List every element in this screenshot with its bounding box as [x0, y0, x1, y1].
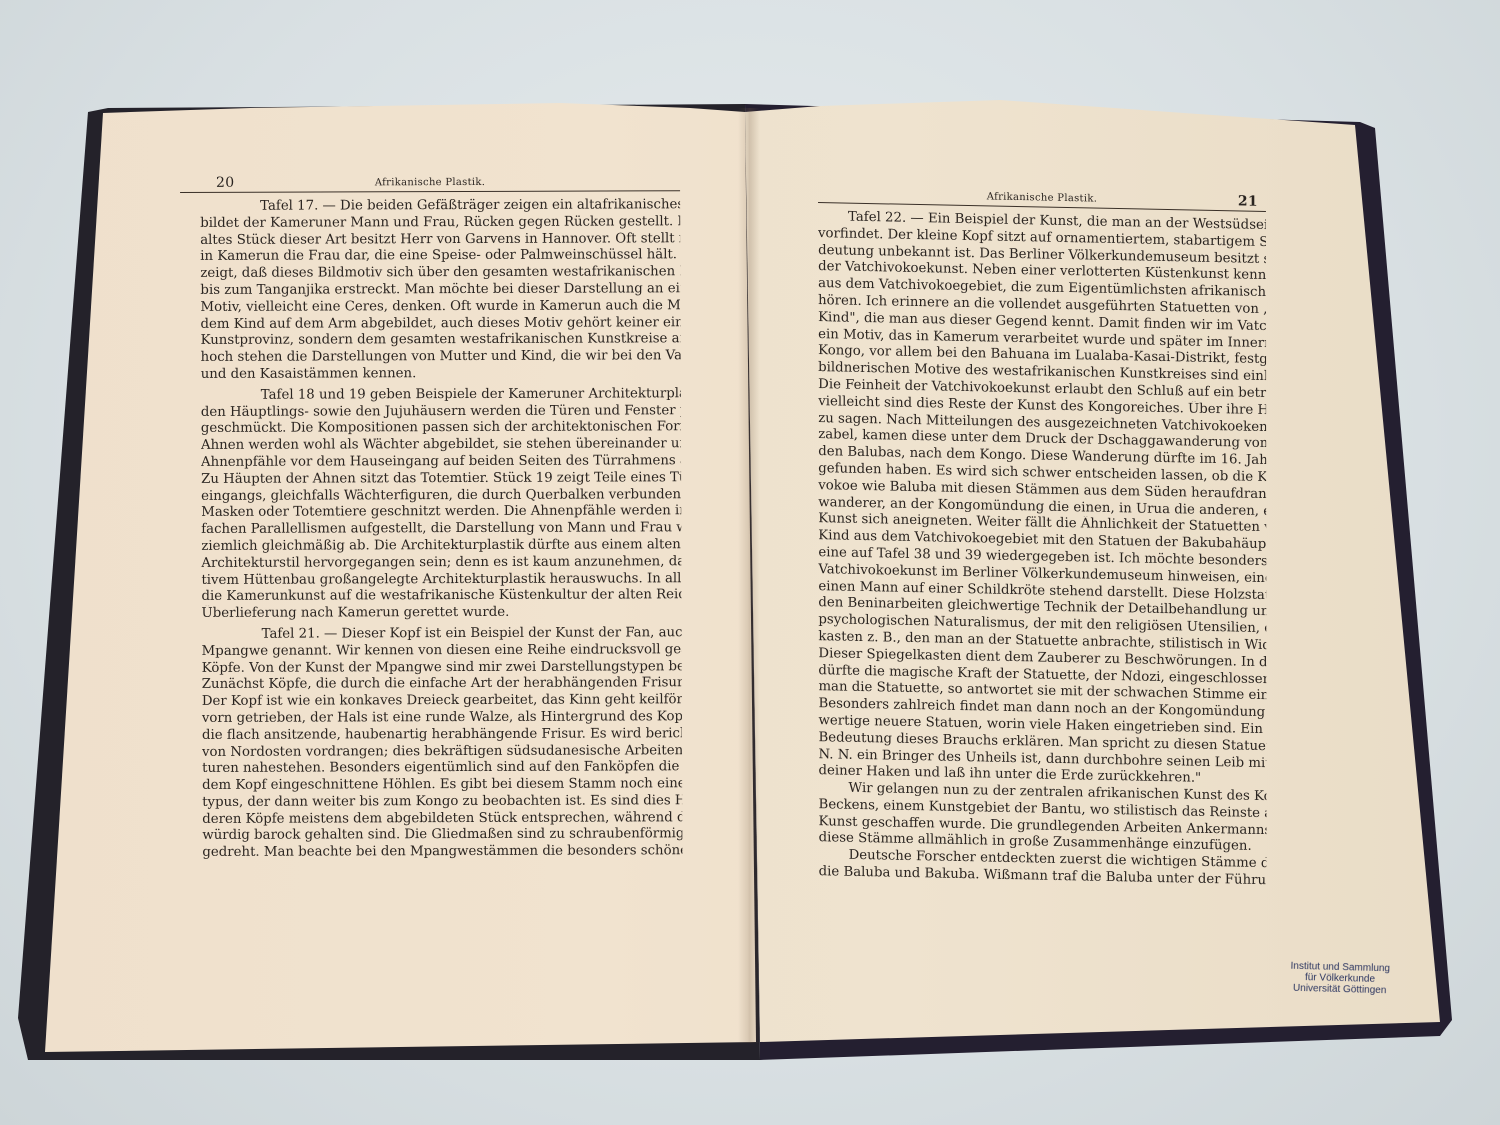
page-number-right: 21 [1238, 193, 1258, 209]
paragraph: Wir gelangen nun zu der zentralen afrika… [819, 780, 1267, 856]
text-line: vorn getrieben, der Hals ist eine runde … [202, 709, 682, 727]
text-line: bildet der Kameruner Mann und Frau, Rück… [200, 214, 680, 232]
text-line: Architekturstil hervorgegangen sein; den… [201, 554, 681, 572]
paragraph: Tafel 22. — Ein Beispiel der Kunst, die … [818, 209, 1266, 789]
left-page-text: 20 Afrikanische Plastik. Tafel 17. — Die… [180, 170, 682, 862]
text-line: die flach ansitzende, haubenartig herabh… [202, 726, 682, 744]
text-line: gedreht. Man beachte bei den Mpangwestäm… [202, 844, 682, 862]
text-line: Masken oder Totemtiere geschnitzt werden… [201, 504, 681, 522]
text-line: hoch stehen die Darstellungen von Mutter… [201, 348, 681, 366]
text-line: Tafel 21. — Dieser Kopf ist ein Beispiel… [202, 625, 682, 643]
left-page-body: Tafel 17. — Die beiden Gefäßträger zeige… [180, 197, 682, 862]
text-line: altes Stück dieser Art besitzt Herr von … [200, 231, 680, 249]
text-line: bis zum Tanganjika erstreckt. Man möchte… [200, 281, 680, 299]
text-line: und den Kasaistämmen kennen. [201, 365, 681, 383]
text-line: Tafel 17. — Die beiden Gefäßträger zeige… [200, 197, 680, 215]
text-line: fachen Parallellismen aufgestellt, die D… [201, 520, 681, 538]
text-line: Kunstprovinz, sondern dem gesamten westa… [201, 332, 681, 350]
text-line: geschmückt. Die Kompositionen passen sic… [201, 420, 681, 438]
left-running-head: 20 Afrikanische Plastik. [180, 170, 680, 193]
paragraph: Tafel 17. — Die beiden Gefäßträger zeige… [200, 197, 681, 383]
text-line: deren Köpfe meistens dem abgebildeten St… [202, 810, 682, 828]
text-line: typus, der dann weiter bis zum Kongo zu … [202, 793, 682, 811]
text-line: Köpfe. Von der Kunst der Mpangwe sind mi… [202, 659, 682, 677]
text-line: tivem Hüttenbau großangelegte Architektu… [201, 571, 681, 589]
photo-scene: 20 Afrikanische Plastik. Tafel 17. — Die… [0, 0, 1500, 1125]
right-page-body: Tafel 22. — Ein Beispiel der Kunst, die … [818, 209, 1266, 890]
text-line: Ahnen werden wohl als Wächter abgebildet… [201, 436, 681, 454]
paragraph: Tafel 18 und 19 geben Beispiele der Kame… [201, 386, 682, 623]
paragraph: Tafel 21. — Dieser Kopf ist ein Beispiel… [202, 625, 683, 862]
text-line: Mpangwe genannt. Wir kennen von diesen e… [202, 642, 682, 660]
right-page-text: Afrikanische Plastik. 21 Tafel 22. — Ein… [818, 182, 1267, 890]
text-line: ziemlich gleichmäßig ab. Die Architektur… [201, 537, 681, 555]
text-line: dem Kind auf dem Arm abgebildet, auch di… [201, 315, 681, 333]
text-line: zeigt, daß dieses Bildmotiv sich über de… [200, 264, 680, 282]
text-line: turen nahestehen. Besonders eigentümlich… [202, 760, 682, 778]
text-line: den Häuptlings- sowie den Jujuhäusern we… [201, 403, 681, 421]
running-title-left: Afrikanische Plastik. [180, 176, 680, 189]
text-line: in Kamerun die Frau dar, die eine Speise… [200, 248, 680, 266]
running-title-right: Afrikanische Plastik. [818, 188, 1266, 208]
text-line: Zu Häupten der Ahnen sitzt das Totemtier… [201, 470, 681, 488]
book-gutter [738, 108, 760, 1043]
text-line: die Kamerunkunst auf die westafrikanisch… [201, 588, 681, 606]
text-line: Motiv, vielleicht eine Ceres, denken. Of… [200, 298, 680, 316]
text-line: eingangs, gleichfalls Wächterfiguren, di… [201, 487, 681, 505]
text-line: von Nordosten vordrangen; dies bekräftig… [202, 743, 682, 761]
text-line: Ahnenpfähle vor dem Hauseingang auf beid… [201, 453, 681, 471]
text-line: Tafel 18 und 19 geben Beispiele der Kame… [201, 386, 681, 404]
library-stamp: Institut und Sammlungfür VölkerkundeUniv… [1285, 961, 1396, 997]
text-line: dem Kopf eingeschnittene Höhlen. Es gibt… [202, 776, 682, 794]
text-line: würdig barock gehalten sind. Die Gliedma… [202, 827, 682, 845]
text-line: Zunächst Köpfe, die durch die einfache A… [202, 676, 682, 694]
text-line: Überlieferung nach Kamerun gerettet wurd… [202, 604, 682, 622]
text-line: Der Kopf ist wie ein konkaves Dreieck ge… [202, 692, 682, 710]
